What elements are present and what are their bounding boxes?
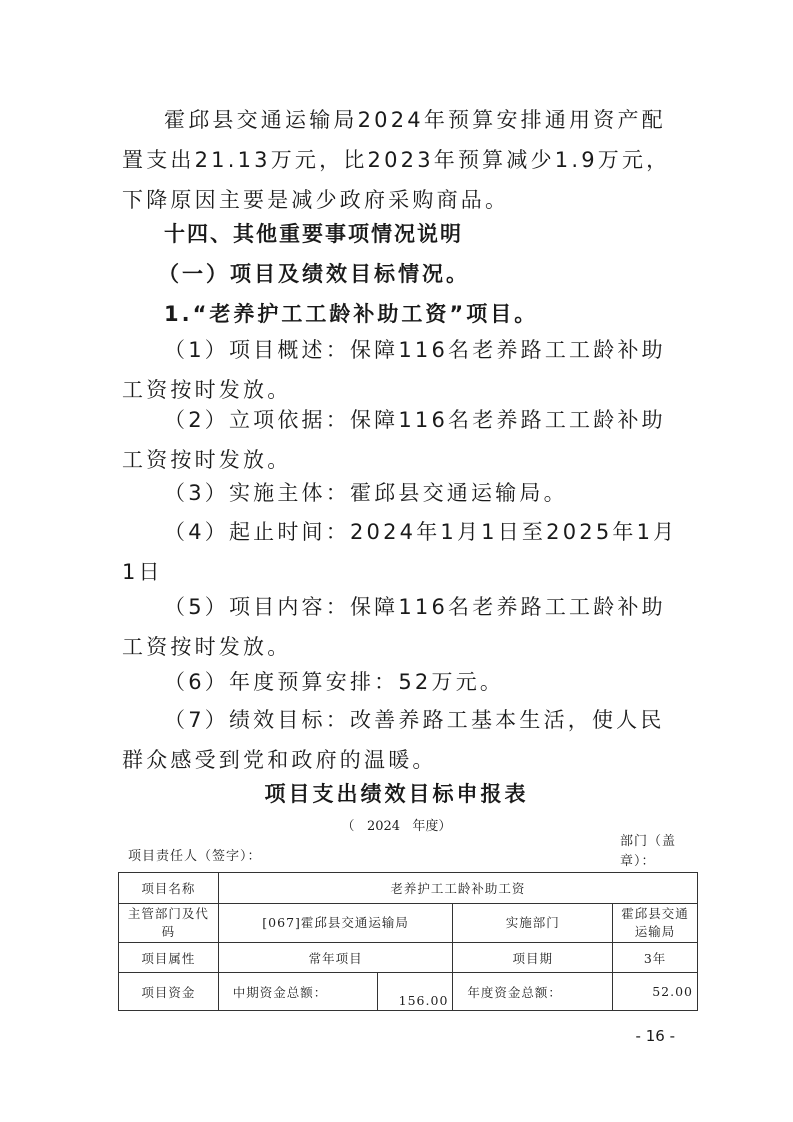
item-label: （1）项目概述：	[164, 338, 350, 362]
attr-label: 项目属性	[119, 943, 219, 973]
project-name-label: 项目名称	[119, 873, 219, 904]
annual-label: 年度资金总额：	[453, 973, 613, 1011]
responsible-person-label: 项目责任人（签字）：	[128, 845, 262, 864]
item-label: （4）起止时间：	[164, 520, 350, 544]
table-row: 项目属性 常年项目 项目期 3年	[119, 943, 698, 973]
item-goal: （7）绩效目标：改善养路工基本生活，使人民群众感受到党和政府的温暖。	[122, 700, 682, 780]
dept-seal-label: 部门（盖章）：	[620, 832, 690, 872]
item-label: （2）立项依据：	[164, 408, 350, 432]
midterm-value: 156.00	[378, 973, 453, 1011]
item-overview: （1）项目概述：保障116名老养路工工龄补助工资按时发放。	[122, 330, 682, 410]
dept-value: [067]霍邱县交通运输局	[218, 904, 453, 943]
item-content: （5）项目内容：保障116名老养路工工龄补助工资按时发放。	[122, 587, 682, 667]
period-value: 3年	[613, 943, 698, 973]
item-text: 52万元。	[398, 670, 504, 694]
item-text: 霍邱县交通运输局。	[350, 481, 568, 505]
midterm-label: 中期资金总额：	[218, 973, 378, 1011]
attr-value: 常年项目	[218, 943, 453, 973]
item-label: （6）年度预算安排：	[164, 670, 398, 694]
funds-label: 项目资金	[119, 973, 219, 1011]
item-label: （5）项目内容：	[164, 595, 350, 619]
project-name-value: 老养护工工龄补助工资	[218, 873, 697, 904]
item-period: （4）起止时间：2024年1月1日至2025年1月1日	[122, 512, 682, 592]
subsection-heading: （一）项目及绩效目标情况。	[158, 258, 470, 288]
project-heading: 1.“老养护工工龄补助工资”项目。	[164, 298, 538, 328]
item-budget: （6）年度预算安排：52万元。	[122, 662, 682, 702]
item-basis: （2）立项依据：保障116名老养路工工龄补助工资按时发放。	[122, 400, 682, 480]
text-line: 主要是减少政府采购商品。	[219, 188, 509, 212]
impl-label: 实施部门	[453, 904, 613, 943]
page-number: - 16 -	[0, 1027, 793, 1045]
impl-value: 霍邱县交通运输局	[613, 904, 698, 943]
table-row: 主管部门及代码 [067]霍邱县交通运输局 实施部门 霍邱县交通运输局	[119, 904, 698, 943]
item-label: （7）绩效目标：	[164, 708, 350, 732]
section-heading: 十四、其他重要事项情况说明	[164, 218, 463, 248]
table-row: 项目资金 中期资金总额： 156.00 年度资金总额： 52.00	[119, 973, 698, 1011]
annual-value: 52.00	[613, 973, 698, 1011]
performance-target-table: 项目名称 老养护工工龄补助工资 主管部门及代码 [067]霍邱县交通运输局 实施…	[118, 872, 698, 1011]
form-title: 项目支出绩效目标申报表	[0, 778, 793, 808]
item-implementer: （3）实施主体：霍邱县交通运输局。	[122, 473, 682, 513]
period-label: 项目期	[453, 943, 613, 973]
item-label: （3）实施主体：	[164, 481, 350, 505]
dept-label: 主管部门及代码	[119, 904, 219, 943]
paragraph-asset-config: 霍邱县交通运输局2024年预算安排通用资产配置支出21.13万元，比2023年预…	[122, 100, 682, 220]
table-row: 项目名称 老养护工工龄补助工资	[119, 873, 698, 904]
